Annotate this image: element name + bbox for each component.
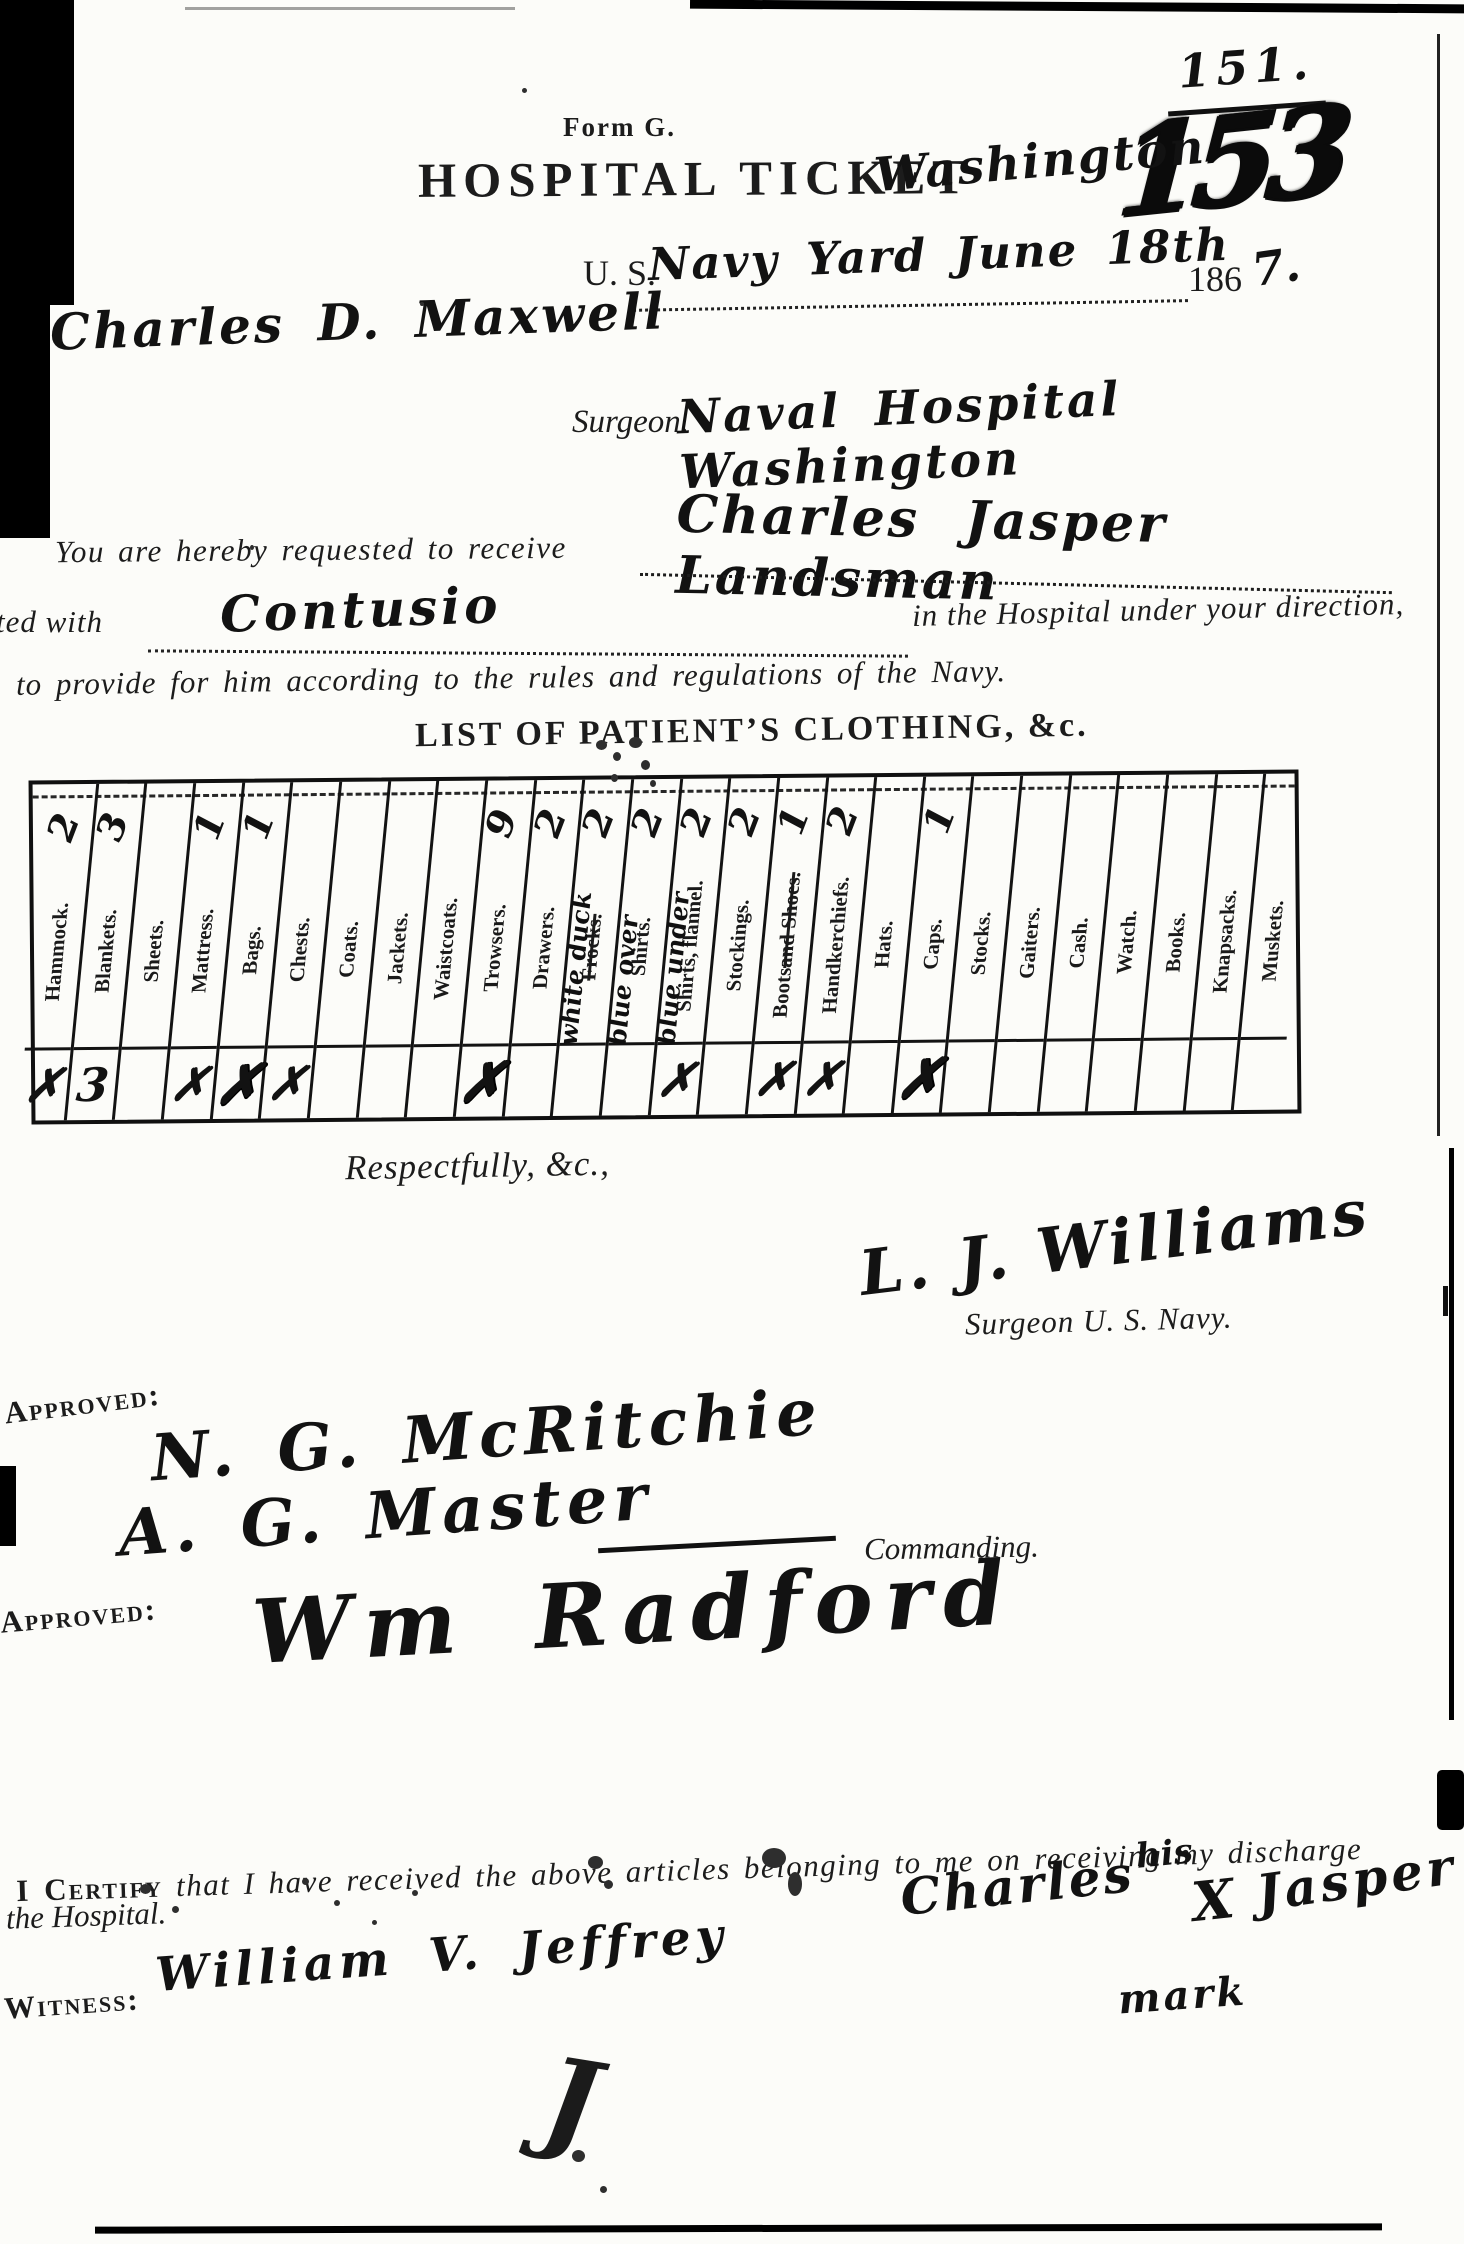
mark-word: mark [1117,1968,1249,2024]
ink-speck [372,1920,377,1925]
check-mark [845,1040,898,1113]
witness-name: William V. Jeffrey [154,1908,730,2003]
check-mark [358,1044,411,1117]
check-mark [1234,1037,1287,1110]
affected-prefix: ted with [0,604,103,640]
ink-speck [600,2186,607,2193]
provide-text: to provide for him according to the rule… [16,653,1007,703]
surgeon-label: Surgeon. [572,404,689,441]
ink-speck [629,737,642,748]
check-mark [942,1039,995,1112]
check-mark [504,1043,557,1116]
check-mark [699,1041,752,1114]
surgeon-signature: L. J. Williams [855,1175,1374,1310]
ink-smudge [762,1848,786,1868]
date-dotted-line [628,295,1188,312]
quantity-value: 1 [916,802,961,838]
witness-label: Witness: [3,1981,141,2026]
ink-speck [140,1884,151,1894]
ink-speck [650,780,656,787]
clothing-table: 2Hammock.✗3Blankets.3Sheets.1Mattress.✗1… [29,769,1302,1124]
check-mark [1137,1037,1190,1110]
approver-signature-2: Wm Radford [250,1540,1019,1684]
check-mark: ✗ [748,1041,801,1114]
quantity-value: 1 [235,808,280,844]
quantity-value: 3 [89,809,134,845]
scan-blob-right [1437,1770,1464,1830]
check-mark [1088,1038,1141,1111]
date-year-handwritten: 7. [1248,237,1303,297]
ink-smudge [572,2150,585,2162]
ink-speck [172,1906,179,1913]
clothing-table-columns: 2Hammock.✗3Blankets.3Sheets.1Mattress.✗1… [18,773,1312,1120]
ink-smudge [604,1880,613,1889]
ink-speck [412,1890,418,1896]
quantity-value: 1 [770,803,815,839]
certify-text-line2: the Hospital. [5,1895,166,1937]
request-text: You are hereby requested to receive [55,530,567,570]
quantity-value: 1 [187,808,232,844]
addressee-name: Charles D. Maxwell [49,281,667,361]
quantity-value: 2 [527,805,572,841]
form-label: Form G. [563,112,676,143]
ink-speck [611,774,618,782]
check-mark [310,1045,363,1118]
check-mark [602,1042,655,1115]
check-mark: ✗ [796,1040,849,1113]
check-mark: ✗ [261,1045,314,1118]
ink-speck [302,1878,309,1885]
scan-line-right-lower [1449,1148,1454,1720]
check-mark: ✗ [212,1045,265,1118]
scan-tick-right [1443,1286,1448,1316]
his-word: his [1134,1831,1195,1877]
disease-name: Contusio [219,575,502,644]
scan-edge-left [0,0,74,305]
patient-x-mark: X [1189,1866,1237,1934]
quantity-value: 2 [819,803,864,839]
check-mark [1186,1037,1239,1110]
date-year-printed: 186 [1188,258,1242,300]
check-mark: ✗ [894,1040,947,1113]
check-mark [553,1043,606,1116]
hospital-ticket-document: 151. 153 Form G. HOSPITAL TICKET Washing… [0,0,1464,2244]
check-mark: ✗ [650,1042,703,1115]
ink-speck [522,88,527,93]
check-mark [115,1046,168,1119]
surgeon-hospital-handwritten: Naval Hospital Washington [676,358,1464,501]
scan-edge-bottom [95,2223,1382,2233]
surgeon-title: Surgeon U. S. Navy. [965,1300,1233,1343]
ink-speck [613,752,621,761]
stray-ink-scrawl: J [535,2033,608,2171]
quantity-value: 2 [722,803,767,839]
clothing-list-title: LIST OF PATIENT’S CLOTHING, &c. [415,707,1089,756]
check-mark: ✗ [456,1043,509,1116]
check-mark [1040,1038,1093,1111]
ink-speck [334,1900,340,1906]
ink-smudge [788,1872,802,1896]
check-mark: ✗ [18,1047,71,1120]
approved-label-2: Approved: [0,1591,158,1641]
ink-speck [250,545,254,550]
check-mark [991,1039,1044,1112]
check-mark: 3 [66,1047,119,1120]
ink-speck [596,740,607,750]
scan-edge-left-lower [0,300,50,538]
respectfully-text: Respectfully, &c., [345,1144,611,1189]
ink-smudge [588,1856,603,1869]
approved-label-1: Approved: [2,1377,162,1432]
ink-speck [641,760,650,770]
quantity-value: 9 [479,806,524,842]
date-handwritten: Navy Yard June 18th [647,218,1231,291]
scan-mark-left [0,1466,16,1546]
scan-edge-top [690,0,1464,13]
check-mark [407,1044,460,1117]
check-mark: ✗ [164,1046,217,1119]
ink-speck [420,302,424,306]
quantity-value: 2 [41,809,86,845]
scan-edge-top-faint [185,7,515,10]
